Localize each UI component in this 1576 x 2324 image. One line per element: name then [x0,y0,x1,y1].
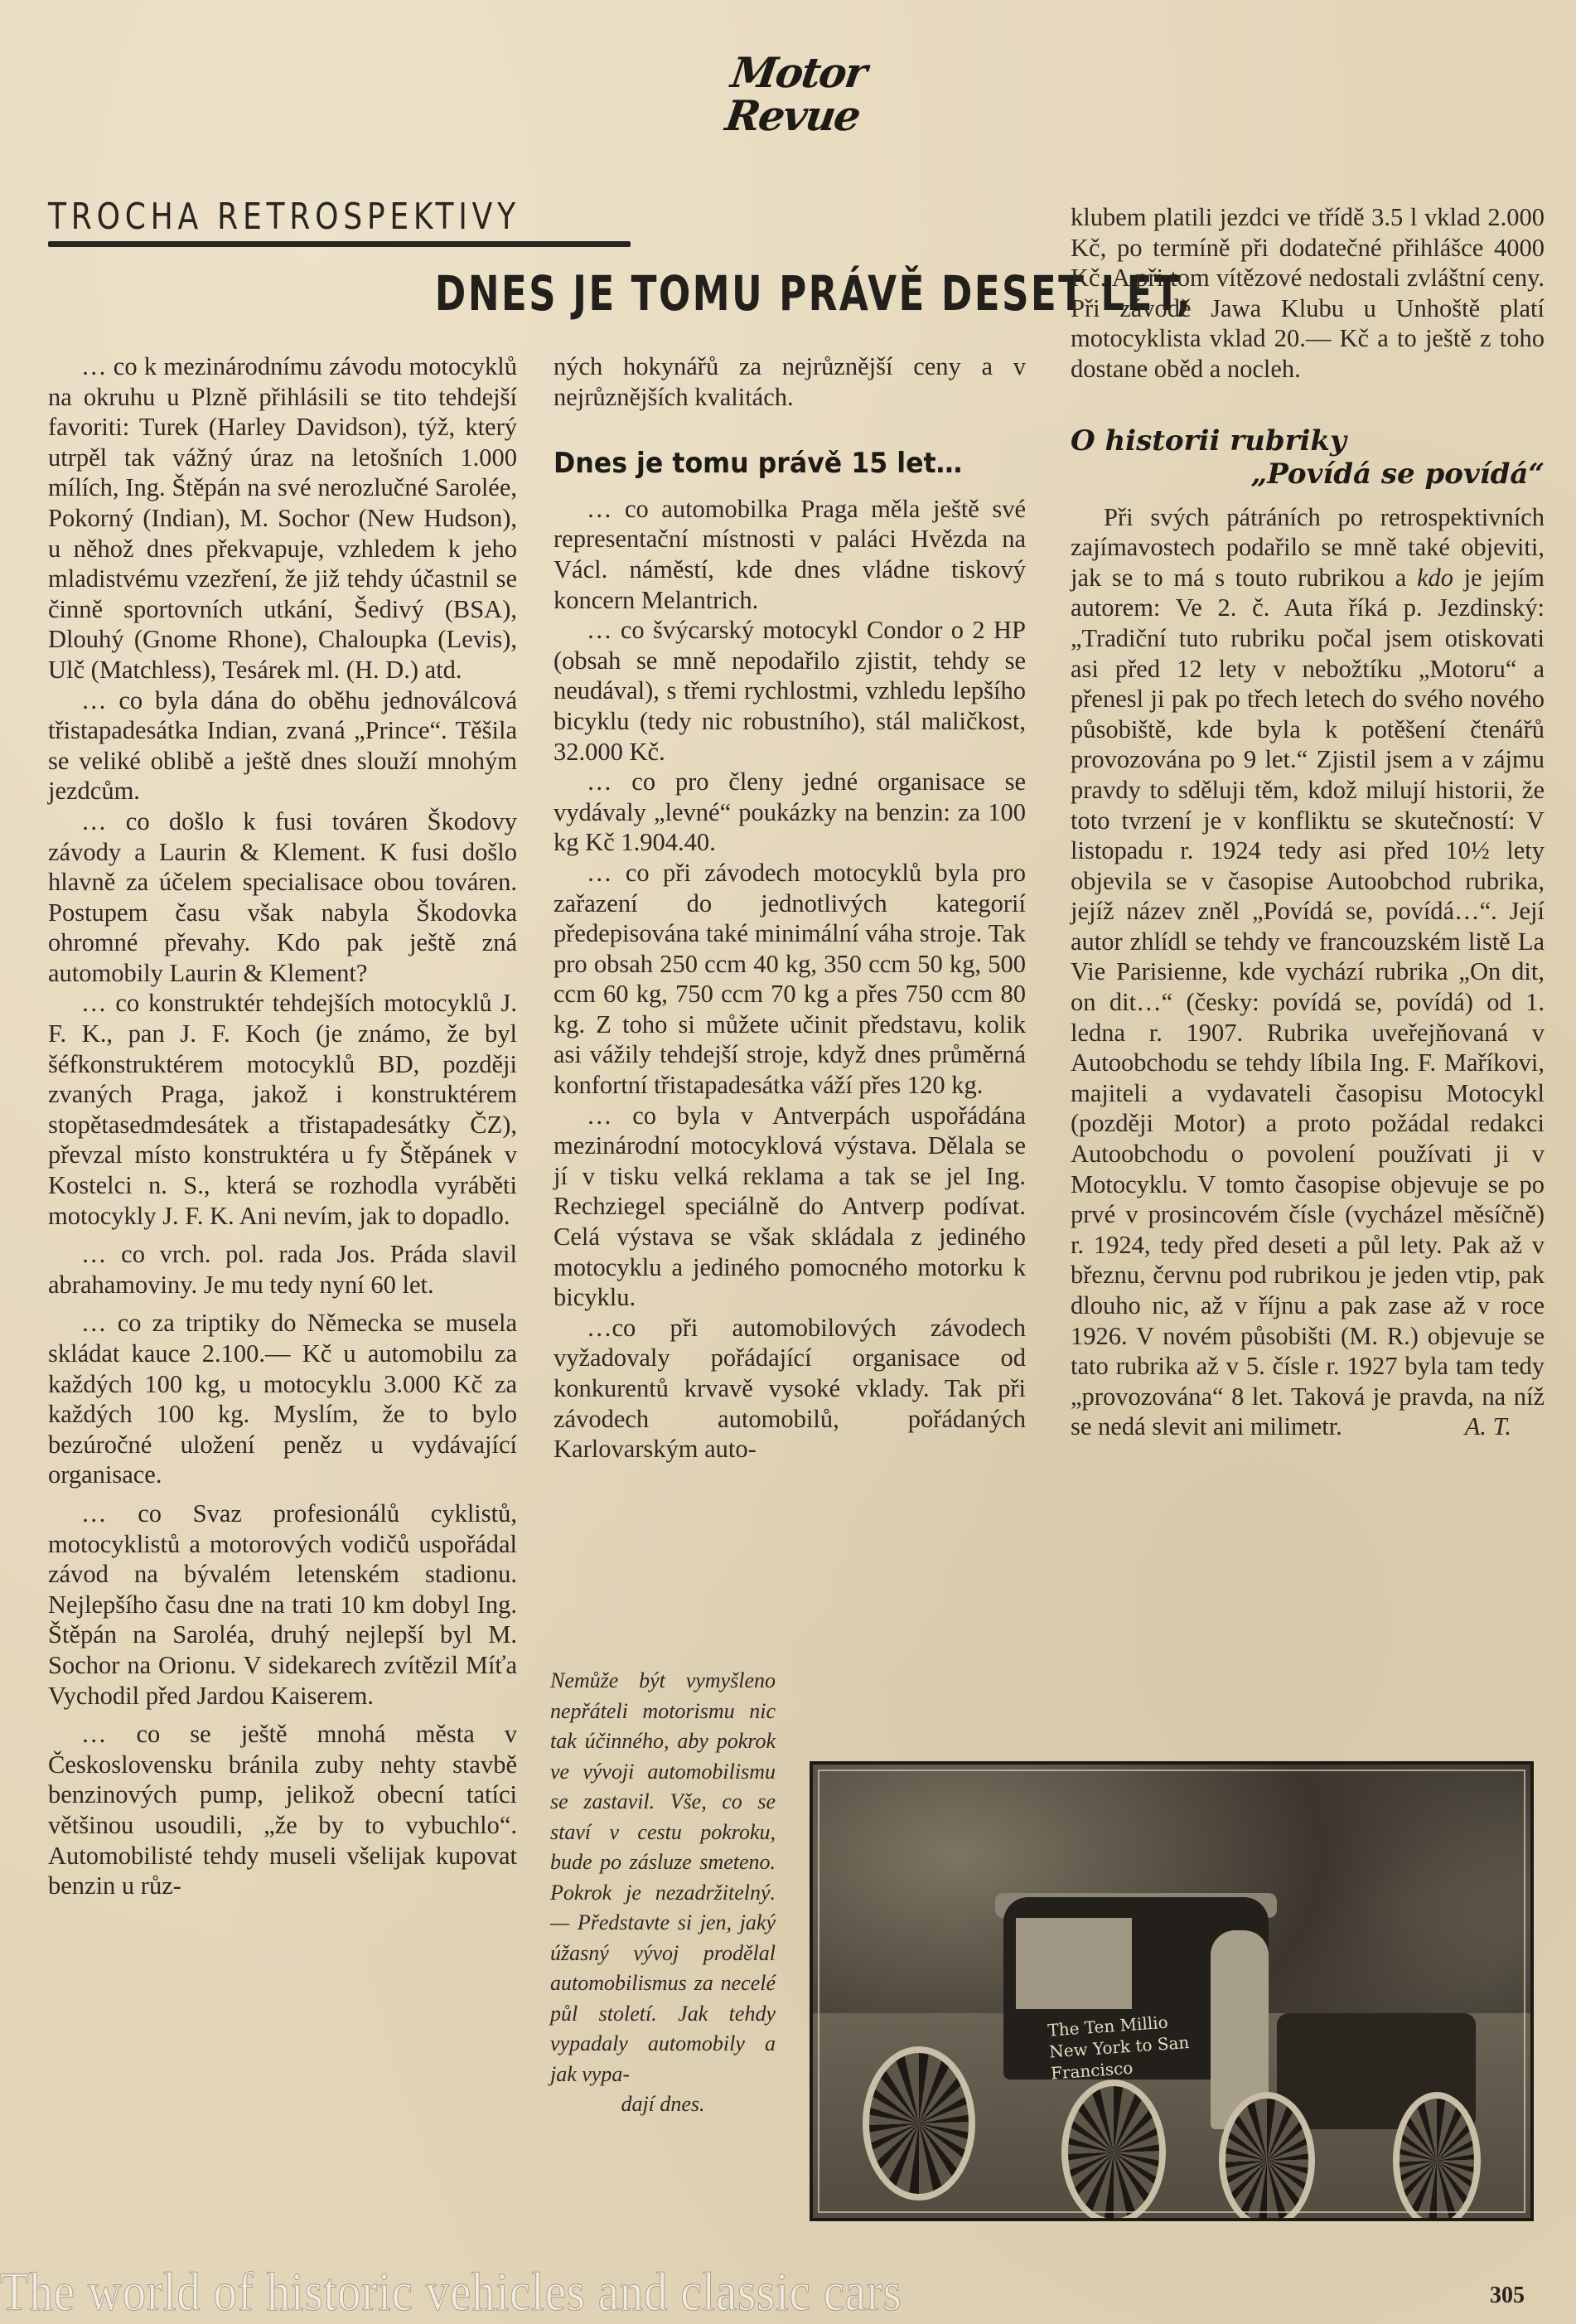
body-text: je jejím autorem: Ve 2. č. Auta říká p. … [1071,564,1545,1441]
paragraph: …co při automobilových závodech vyžadova… [554,1313,1026,1465]
paragraph: … co došlo k fusi továren Škodovy závody… [48,806,517,989]
continuation-text: ných hokynářů za nejrůznější ceny a v ne… [554,351,1026,412]
photo-frame [818,1770,1525,2213]
paragraph: … co byla dána do oběhu jednoválcová tři… [48,685,517,806]
paragraph: Při svých pátráních po retrospektivních … [1071,502,1545,1442]
right-column: klubem platili jezdci ve třídě 3.5 l vkl… [1071,202,1545,1442]
quote-last-line: dají dnes. [550,2089,776,2120]
section-title: O historii rubriky „Povídá se povídá“ [1071,424,1545,491]
paragraph: … co Svaz profesionálů cyklistů, motocyk… [48,1498,517,1711]
paragraph: … co švýcarský motocykl Condor o 2 HP (o… [554,615,1026,767]
paragraph: … co za triptiky do Německa se musela sk… [48,1308,517,1490]
sidebar-quote: Nemůže být vymyšleno nepřáteli motorismu… [550,1666,776,2120]
paragraph: … co se ještě mnohá města v Českoslovens… [48,1719,517,1901]
left-column: … co k mezinárodnímu závodu motocyklů na… [48,351,517,1901]
logo-line-1: Motor [704,51,892,94]
paragraph: … co při závodech motocyklů byla pro zař… [554,858,1026,1101]
paragraph: … co vrch. pol. rada Jos. Práda slavil a… [48,1239,517,1300]
watermark-text: The world of historic vehicles and class… [0,2261,926,2324]
section-kicker: TROCHA RETROSPEKTIVY [48,196,524,238]
continuation-text: klubem platili jezdci ve třídě 3.5 l vkl… [1071,202,1545,385]
historic-car-photo: The Ten Millio New York to San Francisco [810,1761,1534,2221]
paragraph: … co k mezinárodnímu závodu motocyklů na… [48,351,517,685]
section-title-line-2: „Povídá se povídá“ [1071,458,1545,491]
emphasis: kdo [1417,564,1453,592]
magazine-logo: Motor Revue [699,51,893,138]
author-signature: A. T. [1432,1411,1511,1442]
paragraph: … co automobilka Praga měla ještě své re… [554,494,1026,615]
kicker-underline [48,241,631,247]
logo-line-2: Revue [699,94,887,138]
paragraph: … co byla v Antverpách uspořádána meziná… [554,1101,1026,1313]
paragraph: … co pro členy jedné organisace se vydáv… [554,767,1026,858]
article-headline: DNES JE TOMU PRÁVĚ DESET LET, [435,265,1042,322]
section-title-line-1: O historii rubriky [1071,424,1545,458]
quote-text: Nemůže být vymyšleno nepřáteli motorismu… [550,1668,776,2086]
subheading-15-years: Dnes je tomu právě 15 let… [554,448,993,479]
page-number: 305 [1490,2283,1525,2309]
middle-column: ných hokynářů za nejrůznější ceny a v ne… [554,351,1026,1465]
paragraph: … co konstruktér tehdejších motocyklů J.… [48,988,517,1231]
